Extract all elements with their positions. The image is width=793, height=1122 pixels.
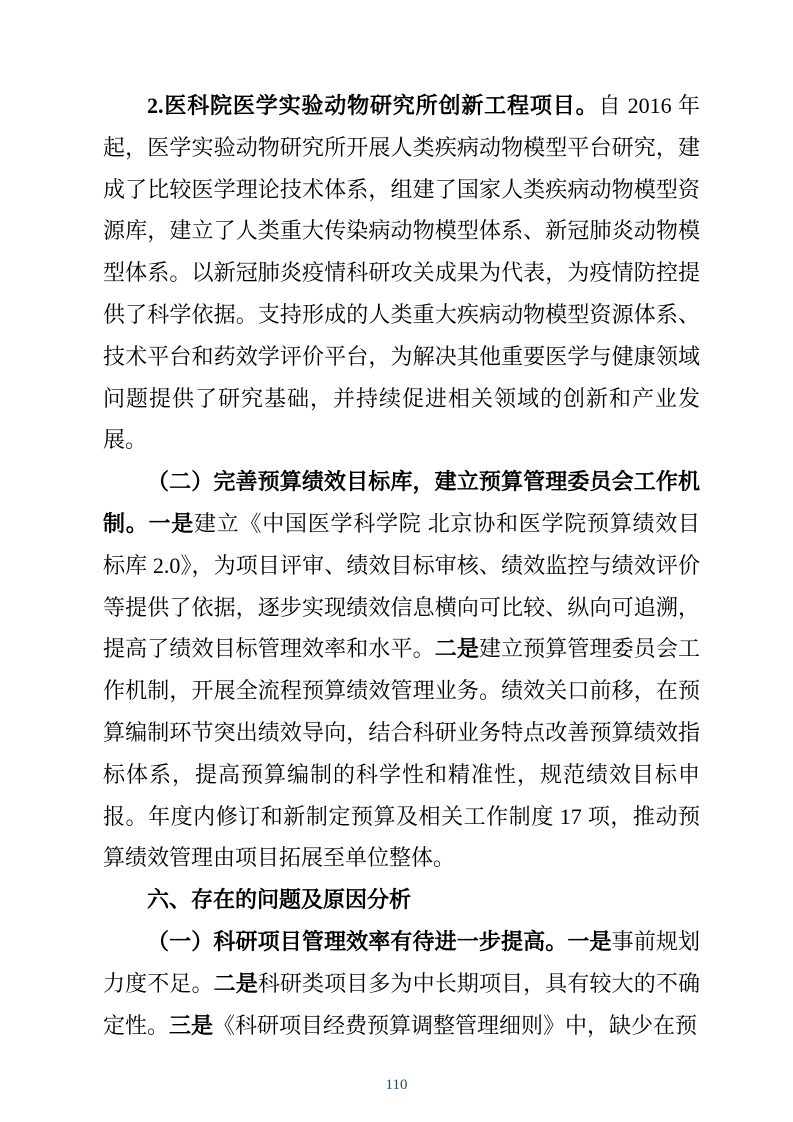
- section-heading: 六、存在的问题及原因分析: [103, 879, 700, 921]
- run-problems-third-point: 《科研项目经费预算调整管理细则》中，缺少在预: [213, 1013, 697, 1038]
- page-number: 110: [0, 1076, 793, 1094]
- paragraph-innovation-project: 2.医科院医学实验动物研究所创新工程项目。自 2016 年起，医学实验动物研究所…: [103, 85, 700, 461]
- run-budget-second-marker: 二是: [435, 636, 479, 661]
- run-budget-second-point: 建立预算管理委员会工作机制，开展全流程预算绩效管理业务。绩效关口前移，在预算编制…: [103, 636, 700, 870]
- run-project-body: 自 2016 年起，医学实验动物研究所开展人类疾病动物模型平台研究，建成了比较医…: [103, 93, 700, 452]
- run-project-title: 2.医科院医学实验动物研究所创新工程项目。: [147, 93, 598, 118]
- run-problems-second-marker: 二是: [214, 971, 258, 996]
- run-problems-third-marker: 三是: [169, 1013, 213, 1038]
- document-page: 2.医科院医学实验动物研究所创新工程项目。自 2016 年起，医学实验动物研究所…: [0, 0, 793, 1122]
- run-problems-title: （一）科研项目管理效率有待进一步提高。一是: [147, 929, 612, 954]
- paragraph-problems-analysis: （一）科研项目管理效率有待进一步提高。一是事前规划力度不足。二是科研类项目多为中…: [103, 921, 700, 1046]
- paragraph-budget-performance: （二）完善预算绩效目标库，建立预算管理委员会工作机制。一是建立《中国医学科学院 …: [103, 461, 700, 879]
